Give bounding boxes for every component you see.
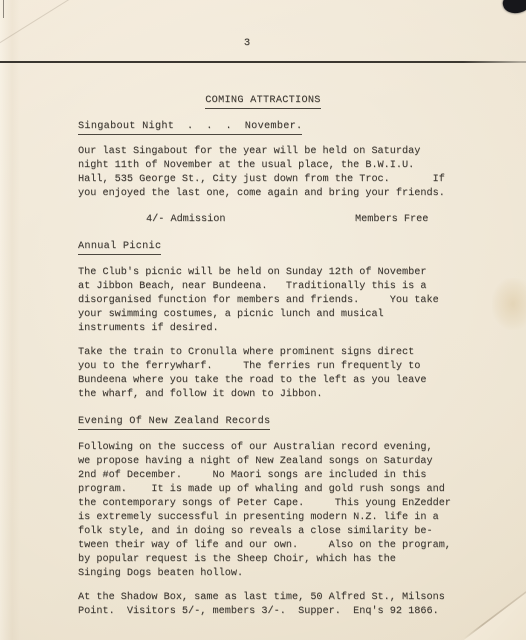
admission-line: 4/- Admission Members Free: [78, 213, 478, 227]
paper-edge-mark-top-left: [3, 0, 4, 18]
admission-members-note: Members Free: [355, 213, 428, 227]
text-line: Following on the success of our Australi…: [78, 441, 478, 455]
venue-paragraph: At the Shadow Box, same as last time, 50…: [78, 591, 478, 619]
picnic-heading: Annual Picnic: [78, 240, 161, 255]
text-line: program. It is made up of whaling and go…: [78, 483, 478, 497]
text-line: Bundeena where you take the road to the …: [78, 374, 478, 388]
text-line: Our last Singabout for the year will be …: [78, 145, 478, 159]
text-line: at Jibbon Beach, near Bundeena. Traditio…: [78, 280, 478, 294]
section-picnic: Annual Picnic: [78, 240, 478, 254]
text-line: The Club's picnic will be held on Sunday…: [78, 266, 478, 280]
text-line: Singing Dogs beaten hollow.: [78, 567, 478, 581]
text-line: At the Shadow Box, same as last time, 50…: [78, 591, 478, 605]
text-line: folk style, and in doing so reveals a cl…: [78, 525, 478, 539]
text-line: the wharf, and follow it down to Jibbon.: [78, 388, 478, 402]
text-line: tween their way of life and our own. Als…: [78, 539, 478, 553]
text-line: 2nd #of December. No Maori songs are inc…: [78, 469, 478, 483]
text-line: the contemporary songs of Peter Cape. Th…: [78, 497, 478, 511]
nz-records-heading: Evening Of New Zealand Records: [78, 415, 270, 430]
text-line: is extremely successful in presenting mo…: [78, 511, 478, 525]
nz-records-paragraph: Following on the success of our Australi…: [78, 441, 478, 581]
scanned-newsletter-page: 3 COMING ATTRACTIONS Singabout Night . .…: [0, 0, 526, 640]
text-line: you to the ferrywharf. The ferries run f…: [78, 360, 478, 374]
page-number: 3: [0, 36, 494, 50]
page-title: COMING ATTRACTIONS: [205, 94, 320, 109]
text-line: Take the train to Cronulla where promine…: [78, 346, 478, 360]
page-title-row: COMING ATTRACTIONS: [0, 94, 526, 109]
section-singabout: Singabout Night . . . November.: [78, 120, 478, 134]
ink-blob-top-right: [501, 0, 526, 16]
page-body: Singabout Night . . . November. Our last…: [78, 120, 478, 619]
section-nz-records: Evening Of New Zealand Records: [78, 415, 478, 429]
text-line: by popular request is the Sheep Choir, w…: [78, 553, 478, 567]
text-line: disorganised function for members and fr…: [78, 294, 478, 308]
singabout-paragraph: Our last Singabout for the year will be …: [78, 145, 478, 201]
picnic-paragraph-2: Take the train to Cronulla where promine…: [78, 346, 478, 402]
paper-stain-right: [492, 278, 526, 330]
text-line: instruments if desired.: [78, 322, 478, 336]
admission-price: 4/- Admission: [146, 213, 225, 227]
singabout-heading: Singabout Night . . . November.: [78, 120, 302, 135]
text-line: you enjoyed the last one, come again and…: [78, 187, 478, 201]
text-line: we propose having a night of New Zealand…: [78, 455, 478, 469]
text-line: your swimming costumes, a picnic lunch a…: [78, 308, 478, 322]
text-line: night 11th of November at the usual plac…: [78, 159, 478, 173]
header-rule: [0, 61, 526, 63]
picnic-paragraph-1: The Club's picnic will be held on Sunday…: [78, 266, 478, 336]
text-line: Hall, 535 George St., City just down fro…: [78, 173, 478, 187]
text-line: Point. Visitors 5/-, members 3/-. Supper…: [78, 605, 478, 619]
